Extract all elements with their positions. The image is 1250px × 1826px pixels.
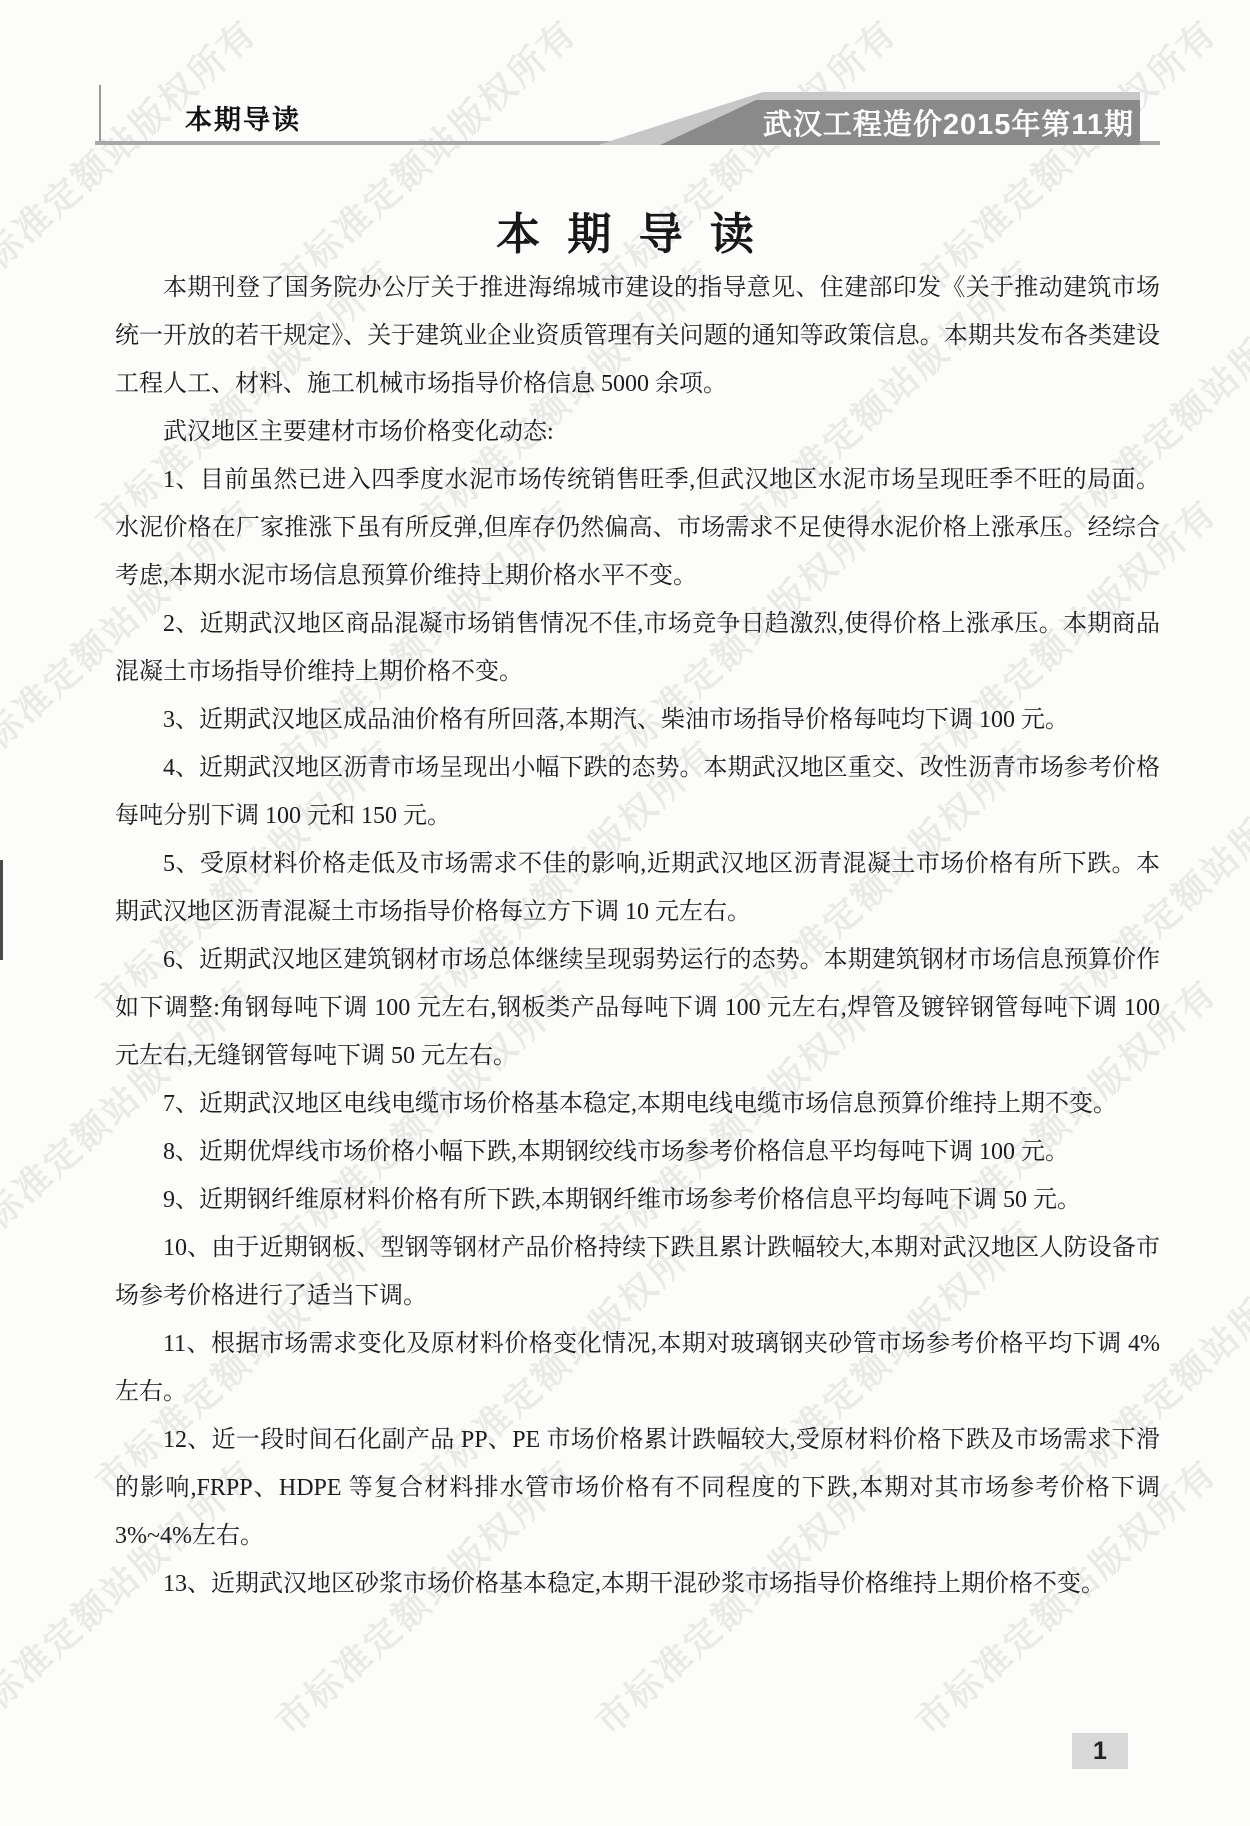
paragraph: 9、近期钢纤维原材料价格有所下跌,本期钢纤维市场参考价格信息平均每吨下调 50 … [115, 1176, 1160, 1224]
paragraph: 6、近期武汉地区建筑钢材市场总体继续呈现弱势运行的态势。本期建筑钢材市场信息预算… [115, 936, 1160, 1080]
paragraph: 11、根据市场需求变化及原材料价格变化情况,本期对玻璃钢夹砂管市场参考价格平均下… [115, 1320, 1160, 1416]
paragraph: 10、由于近期钢板、型钢等钢材产品价格持续下跌且累计跌幅较大,本期对武汉地区人防… [115, 1224, 1160, 1320]
document-page: 市标准定额站版权所有市标准定额站版权所有市标准定额站版权所有市标准定额站版权所有… [0, 0, 1250, 1826]
page-number-badge: 1 [1072, 1733, 1128, 1769]
paragraph: 本期刊登了国务院办公厅关于推进海绵城市建设的指导意见、住建部印发《关于推动建筑市… [115, 264, 1160, 408]
header-section-title: 本期导读 [185, 98, 301, 137]
page-title: 本期导读 [0, 198, 1250, 262]
scan-artifact-mark [0, 860, 3, 960]
paragraph: 13、近期武汉地区砂浆市场价格基本稳定,本期干混砂浆市场指导价格维持上期价格不变… [115, 1560, 1160, 1608]
scan-artifact-line [99, 85, 101, 141]
issue-banner-text: 武汉工程造价2015年第11期 [763, 102, 1140, 143]
paragraph: 5、受原材料价格走低及市场需求不佳的影响,近期武汉地区沥青混凝土市场价格有所下跌… [115, 840, 1160, 936]
paragraph: 7、近期武汉地区电线电缆市场价格基本稳定,本期电线电缆市场信息预算价维持上期不变… [115, 1080, 1160, 1128]
paragraph: 3、近期武汉地区成品油价格有所回落,本期汽、柴油市场指导价格每吨均下调 100 … [115, 696, 1160, 744]
paragraph: 2、近期武汉地区商品混凝市场销售情况不佳,市场竞争日趋激烈,使得价格上涨承压。本… [115, 600, 1160, 696]
page-header: 本期导读 武汉工程造价2015年第11期 [0, 85, 1250, 145]
page-number: 1 [1093, 1737, 1107, 1766]
paragraph: 8、近期优焊线市场价格小幅下跌,本期钢绞线市场参考价格信息平均每吨下调 100 … [115, 1128, 1160, 1176]
paragraph: 12、近一段时间石化副产品 PP、PE 市场价格累计跌幅较大,受原材料价格下跌及… [115, 1416, 1160, 1560]
paragraph: 4、近期武汉地区沥青市场呈现出小幅下跌的态势。本期武汉地区重交、改性沥青市场参考… [115, 744, 1160, 840]
paragraph: 武汉地区主要建材市场价格变化动态: [115, 408, 1160, 456]
paragraph: 1、目前虽然已进入四季度水泥市场传统销售旺季,但武汉地区水泥市场呈现旺季不旺的局… [115, 456, 1160, 600]
body-text: 本期刊登了国务院办公厅关于推进海绵城市建设的指导意见、住建部印发《关于推动建筑市… [115, 264, 1160, 1608]
